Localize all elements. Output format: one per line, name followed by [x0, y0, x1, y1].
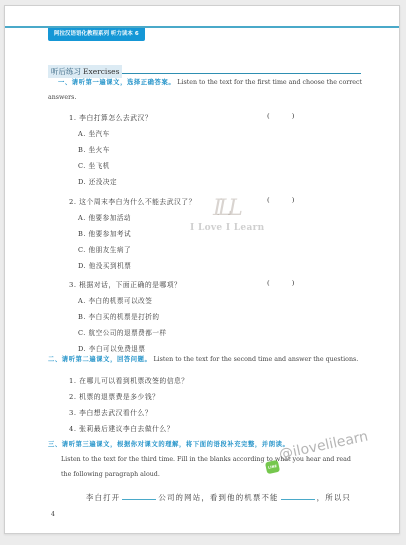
answer-paren-2: ( ): [267, 196, 304, 204]
q2-option-c: C. 他朋友生病了: [78, 244, 131, 254]
p2-question-2: 2. 机票的退票费是多少钱？: [69, 391, 159, 401]
q1-option-d: D. 还没决定: [78, 176, 117, 186]
part2-instruction: 二、请听第二遍课文，回答问题。 Listen to the text for t…: [48, 352, 388, 367]
answer-paren-3: ( ): [267, 279, 304, 287]
q2-option-a: A. 他要参加活动: [78, 212, 131, 222]
part1-instruction-zh: 一、请听第一遍课文，选择正确答案。: [58, 79, 175, 86]
answer-paren-1: ( ): [267, 112, 304, 120]
p2-question-3: 3. 李白想去武汉看什么？: [69, 407, 152, 417]
q3-option-b: B. 李白买的机票是打折的: [78, 311, 159, 321]
q1-option-c: C. 坐飞机: [78, 160, 110, 170]
fill-segment-1: 李白打开: [86, 493, 120, 502]
document-page: 阿拉汉语语化教程系列 听力读本 6 听后练习Exercises 一、请听第一遍课…: [4, 5, 400, 534]
p2-question-1: 1. 在哪儿可以看到机票改签的信息？: [69, 375, 189, 385]
part3-instruction-zh: 三、请听第三遍课文，根据你对课文的理解，将下面的语段补充完整，并朗读。: [48, 441, 289, 448]
page-number: 4: [51, 511, 55, 518]
q3-option-c: C. 航空公司的退票费都一样: [78, 327, 167, 337]
part3-instruction-en: Listen to the text for the third time. F…: [61, 452, 361, 482]
watermark-logo: ILL: [213, 196, 239, 221]
q2-option-d: D. 他没买到机票: [78, 260, 131, 270]
question-3: 3. 根据对话，下面正确的是哪项？: [69, 279, 181, 289]
q1-option-a: A. 坐汽车: [78, 128, 110, 138]
question-1: 1. 李白打算怎么去武汉？: [69, 112, 152, 122]
q3-option-a: A. 李白的机票可以改签: [78, 295, 152, 305]
fill-segment-3: ，所以只: [317, 493, 351, 502]
fill-blank-2[interactable]: [281, 491, 315, 500]
fill-segment-2: 公司的网站，看到他的机票不能: [158, 493, 278, 502]
p2-question-4: 4. 张莉最后建议李白去做什么？: [69, 423, 174, 433]
q1-option-b: B. 坐火车: [78, 144, 110, 154]
q2-option-b: B. 他要参加考试: [78, 228, 131, 238]
part2-instruction-zh: 二、请听第二遍课文，回答问题。: [48, 356, 151, 363]
part1-instruction: 一、请听第一遍课文，选择正确答案。 Listen to the text for…: [48, 75, 368, 105]
question-2: 2. 这个周末李白为什么不能去武汉了？: [69, 196, 196, 206]
part2-instruction-en: Listen to the text for the second time a…: [153, 356, 358, 363]
section-heading: 听后练习Exercises: [48, 59, 361, 74]
watermark-brand: I Love I Learn: [190, 223, 264, 233]
series-tab: 阿拉汉语语化教程系列 听力读本 6: [48, 28, 145, 41]
fill-in-paragraph: 李白打开公司的网站，看到他的机票不能，所以只: [86, 491, 351, 503]
fill-blank-1[interactable]: [122, 491, 156, 500]
